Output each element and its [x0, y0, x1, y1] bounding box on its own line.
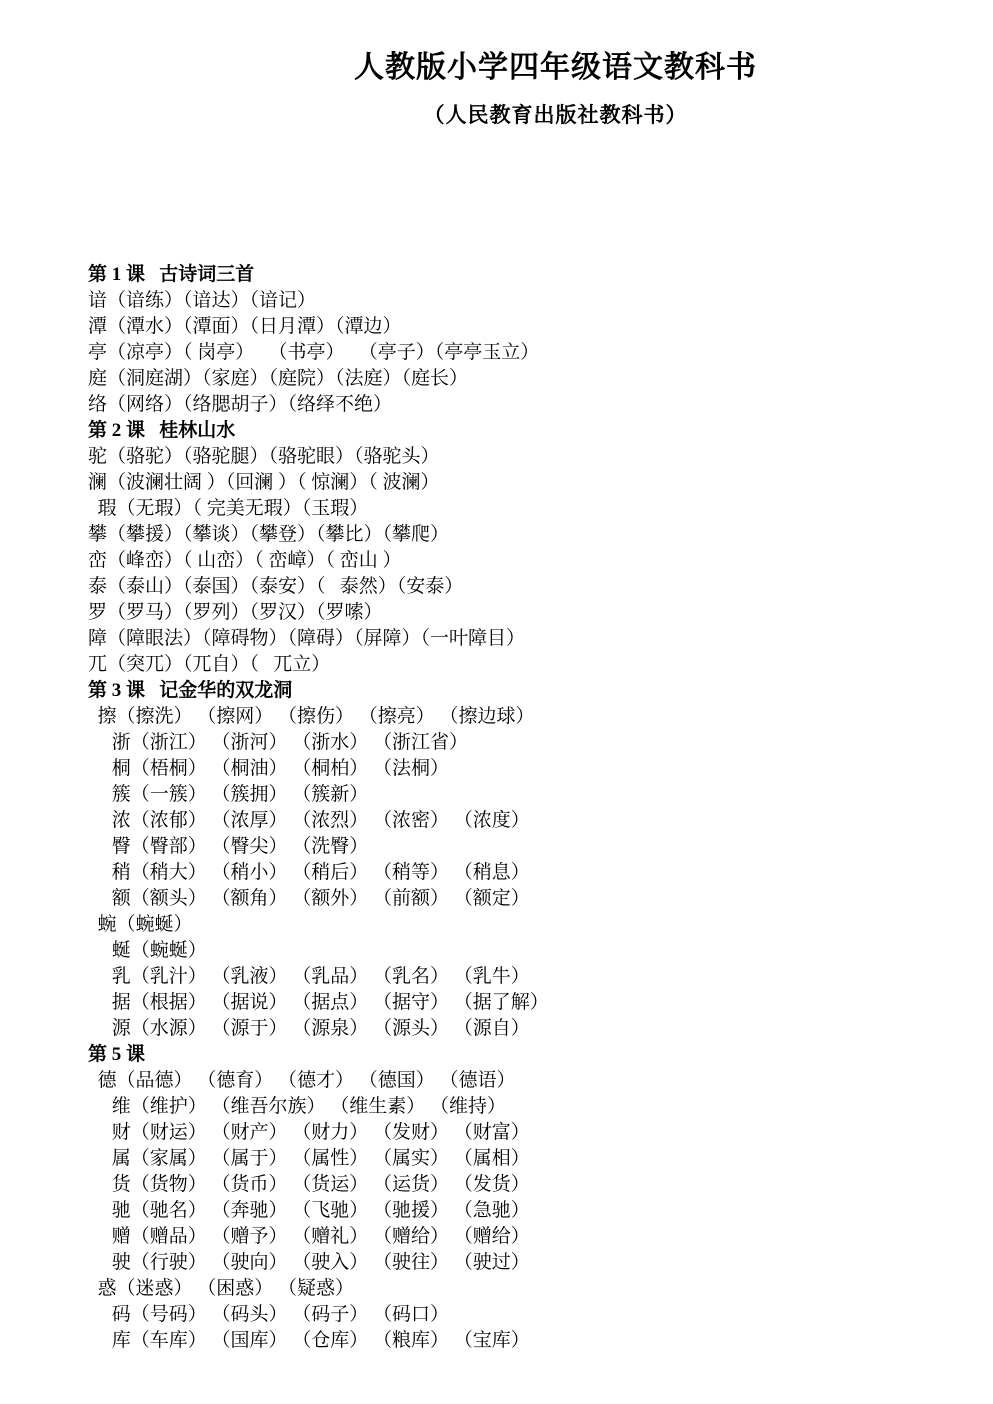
vocab-line: 簇（一簇） （簇拥） （簇新）	[88, 782, 953, 808]
vocab-line: 乳（乳汁） （乳液） （乳品） （乳名） （乳牛）	[88, 964, 953, 990]
vocab-line: 兀（突兀）（兀自）（ 兀立）	[88, 652, 953, 678]
section-heading: 第 5 课	[88, 1042, 953, 1068]
vocab-line: 亭（凉亭）（ 岗亭） （书亭） （亭子）（亭亭玉立）	[88, 340, 953, 366]
vocab-line: 澜（波澜壮阔 ）（回澜 ）（ 惊澜）（ 波澜）	[88, 470, 953, 496]
vocab-line: 蜒（蜿蜒）	[88, 938, 953, 964]
section-lines: 驼（骆驼）（骆驼腿）（骆驼眼）（骆驼头）澜（波澜壮阔 ）（回澜 ）（ 惊澜）（ …	[88, 444, 953, 678]
vocab-line: 驶（行驶） （驶向） （驶入） （驶往） （驶过）	[88, 1250, 953, 1276]
vocab-line: 瑕（无瑕）（ 完美无瑕）（玉瑕）	[88, 496, 953, 522]
vocab-line: 驰（驰名） （奔驰） （飞驰） （驰援） （急驰）	[88, 1198, 953, 1224]
vocab-line: 德（品德） （德育） （德才） （德国） （德语）	[88, 1068, 953, 1094]
vocab-line: 惑（迷惑） （困惑） （疑惑）	[88, 1276, 953, 1302]
vocab-line: 据（根据） （据说） （据点） （据守） （据了解）	[88, 990, 953, 1016]
vocab-line: 桐（梧桐） （桐油） （桐柏） （法桐）	[88, 756, 953, 782]
vocab-line: 峦（峰峦）（ 山峦）（ 峦嶂）（ 峦山 ）	[88, 548, 953, 574]
document-page: 人教版小学四年级语文教科书 （人民教育出版社教科书） 第 1 课 古诗词三首 谙…	[0, 0, 993, 1404]
section-lines: 擦（擦洗） （擦网） （擦伤） （擦亮） （擦边球） 浙（浙江） （浙河） （浙…	[88, 704, 953, 1042]
lesson-section: 第 2 课 桂林山水 驼（骆驼）（骆驼腿）（骆驼眼）（骆驼头）澜（波澜壮阔 ）（…	[88, 418, 953, 678]
vocab-line: 库（车库） （国库） （仓库） （粮库） （宝库）	[88, 1328, 953, 1354]
vocab-line: 擦（擦洗） （擦网） （擦伤） （擦亮） （擦边球）	[88, 704, 953, 730]
page-title: 人教版小学四年级语文教科书	[123, 50, 988, 86]
section-lines: 谙（谙练）（谙达）（谙记）潭（潭水）（潭面）（日月潭）（潭边）亭（凉亭）（ 岗亭…	[88, 288, 953, 418]
vocab-line: 额（额头） （额角） （额外） （前额） （额定）	[88, 886, 953, 912]
vocab-line: 赠（赠品） （赠予） （赠礼） （赠给） （赠给）	[88, 1224, 953, 1250]
vocab-line: 维（维护） （维吾尔族） （维生素） （维持）	[88, 1094, 953, 1120]
document-header: 人教版小学四年级语文教科书 （人民教育出版社教科书）	[123, 50, 988, 128]
vocab-line: 源（水源） （源于） （源泉） （源头） （源自）	[88, 1016, 953, 1042]
vocab-line: 驼（骆驼）（骆驼腿）（骆驼眼）（骆驼头）	[88, 444, 953, 470]
vocab-line: 货（货物） （货币） （货运） （运货） （发货）	[88, 1172, 953, 1198]
lesson-section: 第 5 课 德（品德） （德育） （德才） （德国） （德语） 维（维护） （维…	[88, 1042, 953, 1354]
vocab-line: 稍（稍大） （稍小） （稍后） （稍等） （稍息）	[88, 860, 953, 886]
lesson-sections: 第 1 课 古诗词三首 谙（谙练）（谙达）（谙记）潭（潭水）（潭面）（日月潭）（…	[88, 262, 953, 1354]
section-heading: 第 1 课 古诗词三首	[88, 262, 953, 288]
vocab-line: 财（财运） （财产） （财力） （发财） （财富）	[88, 1120, 953, 1146]
vocab-line: 络（网络）（络腮胡子）（络绎不绝）	[88, 392, 953, 418]
section-heading: 第 2 课 桂林山水	[88, 418, 953, 444]
section-lines: 德（品德） （德育） （德才） （德国） （德语） 维（维护） （维吾尔族） （…	[88, 1068, 953, 1354]
vocab-line: 蜿（蜿蜒）	[88, 912, 953, 938]
lesson-section: 第 1 课 古诗词三首 谙（谙练）（谙达）（谙记）潭（潭水）（潭面）（日月潭）（…	[88, 262, 953, 418]
vocab-line: 浓（浓郁） （浓厚） （浓烈） （浓密） （浓度）	[88, 808, 953, 834]
page-subtitle: （人民教育出版社教科书）	[123, 102, 988, 128]
lesson-section: 第 3 课 记金华的双龙洞 擦（擦洗） （擦网） （擦伤） （擦亮） （擦边球）…	[88, 678, 953, 1042]
section-heading: 第 3 课 记金华的双龙洞	[88, 678, 953, 704]
vocab-line: 泰（泰山）（泰国）（泰安）（ 泰然）（安泰）	[88, 574, 953, 600]
vocab-line: 罗（罗马）（罗列）（罗汉）（罗嗦）	[88, 600, 953, 626]
vocab-line: 浙（浙江） （浙河） （浙水） （浙江省）	[88, 730, 953, 756]
vocab-line: 谙（谙练）（谙达）（谙记）	[88, 288, 953, 314]
vocab-line: 障（障眼法）（障碍物）（障碍）（屏障）（一叶障目）	[88, 626, 953, 652]
vocab-line: 攀（攀援）（攀谈）（攀登）（攀比）（攀爬）	[88, 522, 953, 548]
vocab-line: 庭（洞庭湖）（家庭）（庭院）（法庭）（庭长）	[88, 366, 953, 392]
vocab-line: 码（号码） （码头） （码子） （码口）	[88, 1302, 953, 1328]
vocab-line: 潭（潭水）（潭面）（日月潭）（潭边）	[88, 314, 953, 340]
vocab-line: 属（家属） （属于） （属性） （属实） （属相）	[88, 1146, 953, 1172]
vocab-line: 臀（臀部） （臀尖） （洗臀）	[88, 834, 953, 860]
